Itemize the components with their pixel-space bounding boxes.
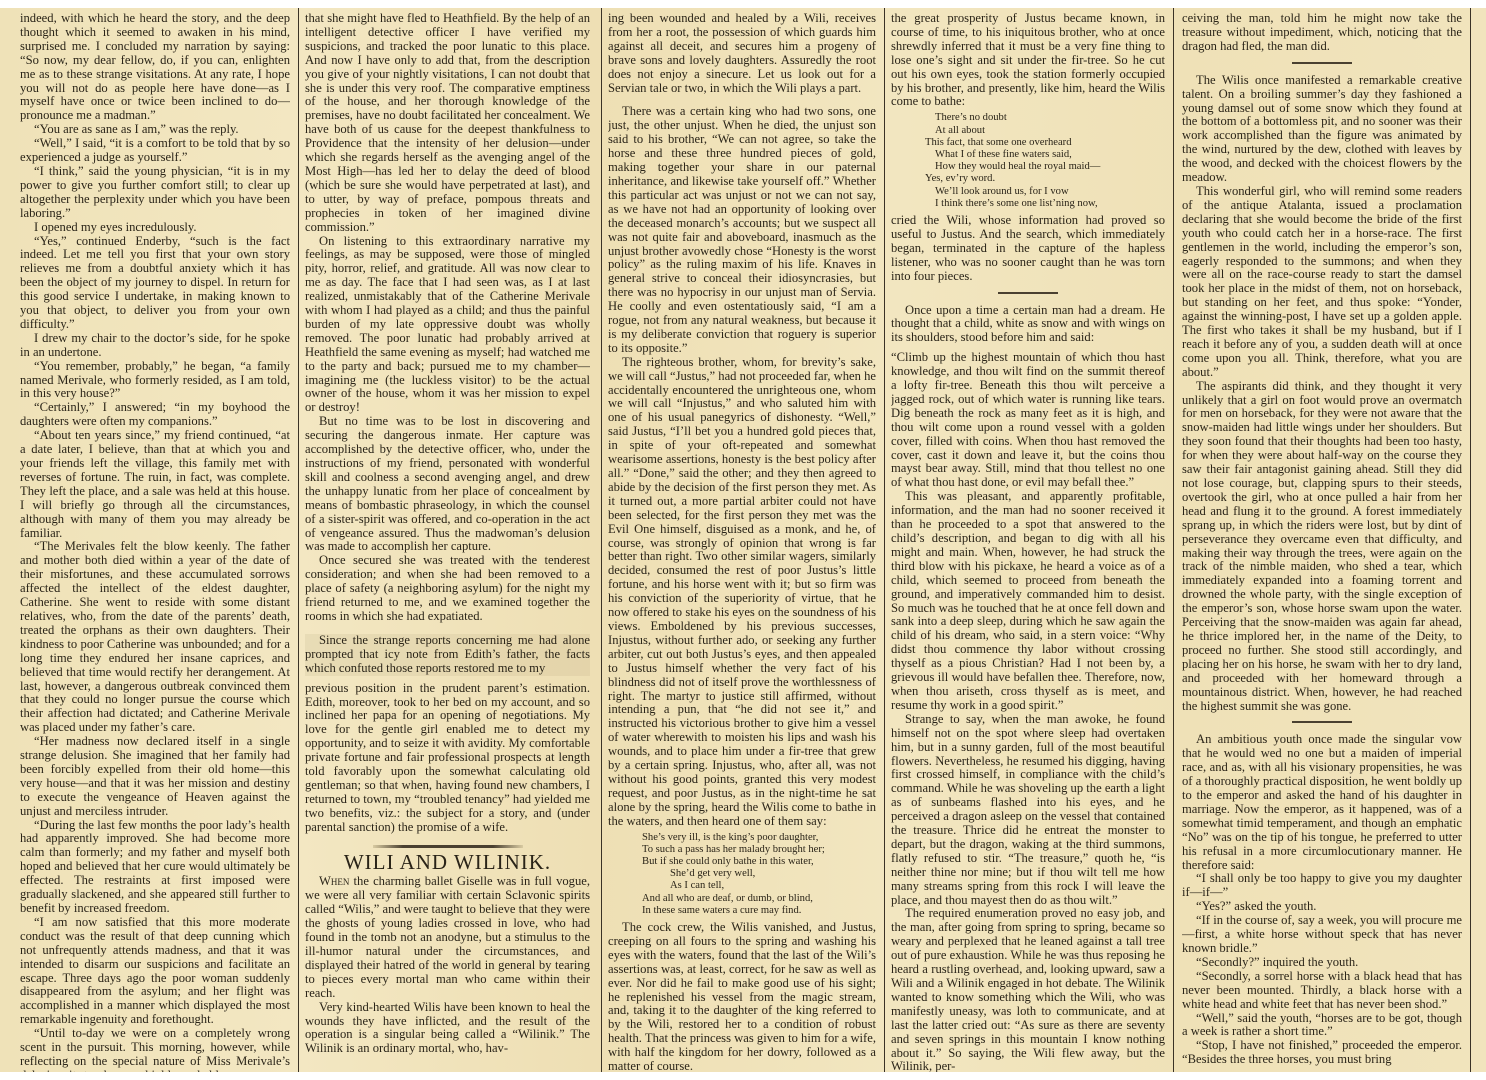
- verse-line: And all who are deaf, or dumb, or blind,: [608, 893, 876, 905]
- paragraph: “I think,” said the young physician, “it…: [20, 165, 290, 221]
- column-2: that she might have fled to Heathfield. …: [305, 12, 590, 1072]
- col5-snow-maiden: The Wilis once manifested a remarkable c…: [1182, 74, 1462, 714]
- paragraph: “You remember, probably,” he began, “a f…: [20, 360, 290, 402]
- column-rule-5: [1470, 8, 1471, 1072]
- verse-line: To such a pass has her malady brought he…: [608, 844, 876, 856]
- paragraph: that she might have fled to Heathfield. …: [305, 12, 590, 235]
- section-divider: [373, 845, 523, 848]
- column-rule-2: [601, 8, 602, 1072]
- paragraph: The cock crew, the Wilis vanished, and J…: [608, 921, 876, 1072]
- paragraph: This was pleasant, and apparently profit…: [891, 490, 1165, 713]
- verse-line: As I can tell,: [608, 880, 876, 892]
- paragraph: When the charming ballet Giselle was in …: [305, 875, 590, 1000]
- paragraph: the great prosperity of Justus became kn…: [891, 12, 1165, 109]
- paragraph: There was a certain king who had two son…: [608, 105, 876, 355]
- paragraph: Once upon a time a certain man had a dre…: [891, 304, 1165, 346]
- verse-line: In these same waters a cure may find.: [608, 905, 876, 917]
- paragraph: “If in the course of, say a week, you wi…: [1182, 914, 1462, 956]
- paragraph: But no time was to be lost in discoverin…: [305, 415, 590, 554]
- paragraph: “I am now satisfied that this more moder…: [20, 916, 290, 1027]
- section-divider: [1292, 721, 1352, 723]
- col4-dream-tale: “Climb up the highest mountain of which …: [891, 351, 1165, 1072]
- paragraph: “Yes,” continued Enderby, “such is the f…: [20, 235, 290, 332]
- paragraph: Strange to say, when the man awoke, he f…: [891, 713, 1165, 908]
- paragraph: indeed, with which he heard the story, a…: [20, 12, 290, 123]
- article-headline: WILI AND WILINIK.: [305, 856, 590, 870]
- paragraph: The righteous brother, whom, for brevity…: [608, 356, 876, 829]
- paragraph: The required enumeration proved no easy …: [891, 907, 1165, 1072]
- verse-line: But if she could only bathe in this wate…: [608, 856, 876, 868]
- column-rule-4: [1173, 8, 1174, 1072]
- paragraph: ceiving the man, told him he might now t…: [1182, 12, 1462, 54]
- section-divider: [1292, 62, 1352, 64]
- column-rule-3: [884, 8, 885, 1072]
- paragraph: “Until to-day we were on a completely wr…: [20, 1027, 290, 1072]
- lead-word: When: [319, 874, 349, 888]
- paragraph: An ambitious youth once made the singula…: [1182, 733, 1462, 872]
- paragraph: “The Merivales felt the blow keenly. The…: [20, 540, 290, 735]
- paragraph-text: the charming ballet Giselle was in full …: [305, 874, 590, 999]
- col4-prosperity: the great prosperity of Justus became kn…: [891, 12, 1165, 109]
- column-rule-1: [298, 8, 299, 1072]
- verse-line: At all about: [891, 125, 1165, 137]
- paragraph: The aspirants did think, and they though…: [1182, 380, 1462, 714]
- paragraph: The Wilis once manifested a remarkable c…: [1182, 74, 1462, 185]
- col3-intro: ing been wounded and healed by a Wili, r…: [608, 12, 876, 95]
- col4-search: cried the Wili, whose information had pr…: [891, 214, 1165, 284]
- verse-line: I think there’s some one list’ning now,: [891, 198, 1165, 210]
- paragraph: “You are as sane as I am,” was the reply…: [20, 123, 290, 137]
- verse-block-1: She’s very ill, is the king’s poor daugh…: [608, 832, 876, 917]
- paragraph: “Yes?” asked the youth.: [1182, 900, 1462, 914]
- paragraph: cried the Wili, whose information had pr…: [891, 214, 1165, 284]
- story-ending-shaded: Since the strange reports concerning me …: [305, 634, 590, 676]
- paragraph: Very kind-hearted Wilis have been known …: [305, 1001, 590, 1057]
- paragraph: This wonderful girl, who will remind som…: [1182, 185, 1462, 380]
- column-5: ceiving the man, told him he might now t…: [1182, 12, 1462, 1072]
- verse-line: There’s no doubt: [891, 112, 1165, 124]
- newspaper-page: indeed, with which he heard the story, a…: [0, 8, 1486, 1072]
- verse-line: Yes, ev’ry word.: [891, 173, 1165, 185]
- paragraph: “Climb up the highest mountain of which …: [891, 351, 1165, 490]
- paragraph: “Secondly?” inquired the youth.: [1182, 956, 1462, 970]
- section-divider: [998, 292, 1058, 294]
- article-intro: When the charming ballet Giselle was in …: [305, 875, 590, 1056]
- paragraph: previous position in the prudent parent’…: [305, 682, 590, 835]
- col3-justus-tale: There was a certain king who had two son…: [608, 105, 876, 828]
- paragraph: Once secured she was treated with the te…: [305, 554, 590, 624]
- col4-dream-intro: Once upon a time a certain man had a dre…: [891, 304, 1165, 346]
- verse-line: How they would heal the royal maid—: [891, 161, 1165, 173]
- paragraph: Since the strange reports concerning me …: [305, 634, 590, 676]
- paragraph: “Stop, I have not finished,” proceeded t…: [1182, 1039, 1462, 1067]
- column-3: ing been wounded and healed by a Wili, r…: [608, 12, 876, 1072]
- col5-dragon-ending: ceiving the man, told him he might now t…: [1182, 12, 1462, 54]
- paragraph: “Certainly,” I answered; “in my boyhood …: [20, 401, 290, 429]
- verse-block-2: There’s no doubtAt all aboutThis fact, t…: [891, 112, 1165, 210]
- col5-ambitious-youth: An ambitious youth once made the singula…: [1182, 733, 1462, 1067]
- story-ending: that she might have fled to Heathfield. …: [305, 12, 590, 624]
- column-1: indeed, with which he heard the story, a…: [20, 12, 290, 1072]
- column-4: the great prosperity of Justus became kn…: [891, 12, 1165, 1072]
- verse-line: We’ll look around us, for I vow: [891, 186, 1165, 198]
- paragraph: “Her madness now declared itself in a si…: [20, 735, 290, 818]
- paragraph: I drew my chair to the doctor’s side, fo…: [20, 332, 290, 360]
- paragraph: “Well,” said the youth, “horses are to b…: [1182, 1012, 1462, 1040]
- story-conclusion: previous position in the prudent parent’…: [305, 682, 590, 835]
- verse-line: She’d get very well,: [608, 868, 876, 880]
- verse-line: What I of these fine waters said,: [891, 149, 1165, 161]
- paragraph: ing been wounded and healed by a Wili, r…: [608, 12, 876, 95]
- paragraph: “I shall only be too happy to give you m…: [1182, 872, 1462, 900]
- paragraph: “Well,” I said, “it is a comfort to be t…: [20, 137, 290, 165]
- paragraph: I opened my eyes incredulously.: [20, 221, 290, 235]
- verse-line: She’s very ill, is the king’s poor daugh…: [608, 832, 876, 844]
- paragraph: On listening to this extraordinary narra…: [305, 235, 590, 416]
- paragraph: “During the last few months the poor lad…: [20, 819, 290, 916]
- paragraph: “About ten years since,” my friend conti…: [20, 429, 290, 540]
- col3-tale-continued: The cock crew, the Wilis vanished, and J…: [608, 921, 876, 1072]
- verse-line: This fact, that some one overheard: [891, 137, 1165, 149]
- paragraph: “Secondly, a sorrel horse with a black h…: [1182, 970, 1462, 1012]
